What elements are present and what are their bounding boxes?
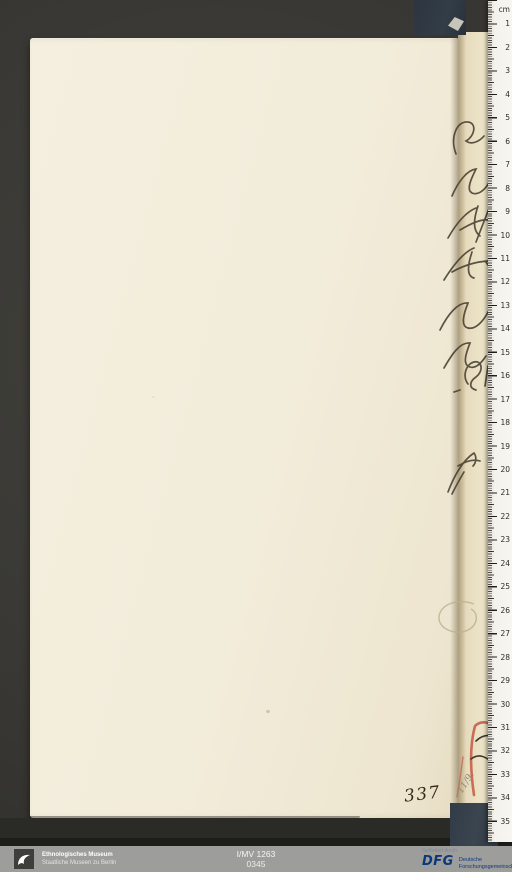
paper-speck <box>152 396 155 398</box>
ruler-mark-17: 17 <box>500 395 510 404</box>
scan-viewport: 337 11/9. <box>0 0 512 872</box>
ruler-mark-16: 16 <box>500 371 510 380</box>
ruler-mark-1: 1 <box>505 19 510 28</box>
ruler-mark-13: 13 <box>500 301 510 310</box>
funding-name-line2: Forschungsgemeinschaft <box>459 864 512 870</box>
ruler-mark-5: 5 <box>505 113 510 122</box>
ruler-mark-9: 9 <box>505 207 510 216</box>
ruler-mark-14: 14 <box>500 324 510 333</box>
document-page <box>30 38 460 818</box>
ruler-mark-24: 24 <box>500 559 510 568</box>
ruler-mark-35: 35 <box>500 817 510 826</box>
funding-block: Gefördert durch DFG Deutsche Forschungsg… <box>422 848 512 870</box>
ruler-mark-29: 29 <box>500 676 510 685</box>
dfg-logo: DFG <box>422 855 454 869</box>
ruler-mark-27: 27 <box>500 629 510 638</box>
ruler-mark-23: 23 <box>500 535 510 544</box>
paper-speck <box>266 710 270 713</box>
cm-ruler: cm 1234567891011121314151617181920212223… <box>488 0 512 842</box>
ruler-mark-34: 34 <box>500 793 510 802</box>
ruler-mark-3: 3 <box>505 66 510 75</box>
ruler-mark-11: 11 <box>500 254 510 263</box>
ruler-mark-6: 6 <box>505 137 510 146</box>
ruler-mark-25: 25 <box>500 582 510 591</box>
ruler-mark-15: 15 <box>500 348 510 357</box>
ruler-mark-22: 22 <box>500 512 510 521</box>
ruler-mark-26: 26 <box>500 606 510 615</box>
ruler-ticks-cm <box>488 0 497 842</box>
ruler-mark-4: 4 <box>505 90 510 99</box>
ruler-mark-2: 2 <box>505 43 510 52</box>
funding-name: Deutsche Forschungsgemeinschaft <box>459 855 512 870</box>
ruler-mark-31: 31 <box>500 723 510 732</box>
ruler-mark-30: 30 <box>500 700 510 709</box>
ruler-mark-33: 33 <box>500 770 510 779</box>
ruler-unit-label: cm <box>499 5 510 14</box>
ruler-mark-21: 21 <box>500 488 510 497</box>
funding-row: DFG Deutsche Forschungsgemeinschaft <box>422 855 512 870</box>
ruler-mark-28: 28 <box>500 653 510 662</box>
funding-name-line1: Deutsche <box>459 857 482 863</box>
ruler-mark-32: 32 <box>500 746 510 755</box>
ruler-mark-18: 18 <box>500 418 510 427</box>
ruler-mark-12: 12 <box>500 277 510 286</box>
ruler-mark-20: 20 <box>500 465 510 474</box>
ruler-mark-10: 10 <box>500 231 510 240</box>
faint-pencil-loop <box>439 602 476 633</box>
ruler-mark-19: 19 <box>500 442 510 451</box>
ruler-mark-8: 8 <box>505 184 510 193</box>
ruler-mark-7: 7 <box>505 160 510 169</box>
footer-bar: Ethnologisches Museum Staatliche Museen … <box>0 846 512 872</box>
